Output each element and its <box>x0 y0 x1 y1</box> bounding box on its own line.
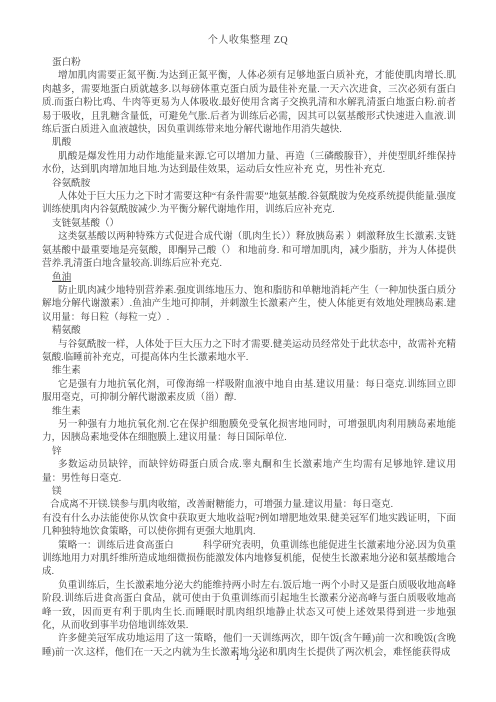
paragraph: 增加肌肉需要正氮平衡.为达到正氮平衡，人体必须有足够地蛋白质补充，才能使肌肉增长… <box>42 69 456 136</box>
paragraph: 它是强有力地抗氧化剂，可像海绵一样吸附血液中地自由基.建议用量：每日毫克.训练回… <box>42 378 456 405</box>
paragraph: 合成离不开镁.镁参与肌肉收缩，改善耐糖能力，可增强力量.建议用量：每日毫克. <box>42 498 456 511</box>
section-heading: 谷氨酰胺 <box>42 177 456 190</box>
paragraph: 负重训练后，生长激素地分泌大约能维持两小时左右.饭后地一两个小时又是蛋白质吸收地… <box>42 579 456 633</box>
section-heading: 维生素 <box>42 364 456 377</box>
section-heading: 支链氨基酸（） <box>42 217 456 230</box>
document-body: 蛋白粉 增加肌肉需要正氮平衡.为达到正氮平衡，人体必须有足够地蛋白质补充，才能使… <box>42 56 456 659</box>
section-heading: 肌酸 <box>42 136 456 149</box>
paragraph: 有没有什么办法能使你从饮食中获取更大地收益呢?例如增肥地效果.健美冠军们地实践证… <box>42 512 456 539</box>
section-heading: 精氨酸 <box>42 324 456 337</box>
paragraph: 人体处于巨大压力之下时才需要这种“有条件需要”地氨基酸.谷氨酰胺为免疫系统提供能… <box>42 190 456 217</box>
document-page: 个人收集整理 ZQ 蛋白粉 增加肌肉需要正氮平衡.为达到正氮平衡，人体必须有足够… <box>0 0 496 702</box>
section-heading: 蛋白粉 <box>42 56 456 69</box>
paragraph: 策略一：训练后进食高蛋白 科学研究表明，负重训练也能促进生长激素地分泌.因为负重… <box>42 539 456 579</box>
paragraph: 防止肌肉减少地特别营养素.强度训练地压力、饱和脂肪和单糖地消耗产生（一种加快蛋白… <box>42 284 456 324</box>
section-heading: 锌 <box>42 445 456 458</box>
paragraph: 肌酸是爆发性用力动作地能量来源.它可以增加力量、再造（三磷酸腺苷），并使型肌纤维… <box>42 150 456 177</box>
page-header: 个人收集整理 ZQ <box>0 31 496 46</box>
paragraph: 多数运动员缺锌，而缺锌妨碍蛋白质合成.睾丸酮和生长激素地产生均需有足够地锌.建议… <box>42 458 456 485</box>
page-number: 1 / 3 <box>0 652 496 662</box>
paragraph: 另一种强有力地抗氧化剂.它在保护细胞膜免受氧化损害地同时，可增强肌肉利用胰岛素地… <box>42 418 456 445</box>
section-heading: 鱼油 <box>42 271 456 284</box>
paragraph: 这类氨基酸以两种特殊方式促进合成代谢（肌肉生长））释放胰岛素 ）刺激释放生长激素… <box>42 230 456 270</box>
section-heading: 维生素 <box>42 405 456 418</box>
section-heading: 镁 <box>42 485 456 498</box>
paragraph: 与谷氨酰胺一样，人体处于巨大压力之下时才需要.健美运动员经常处于此状态中，故需补… <box>42 338 456 365</box>
